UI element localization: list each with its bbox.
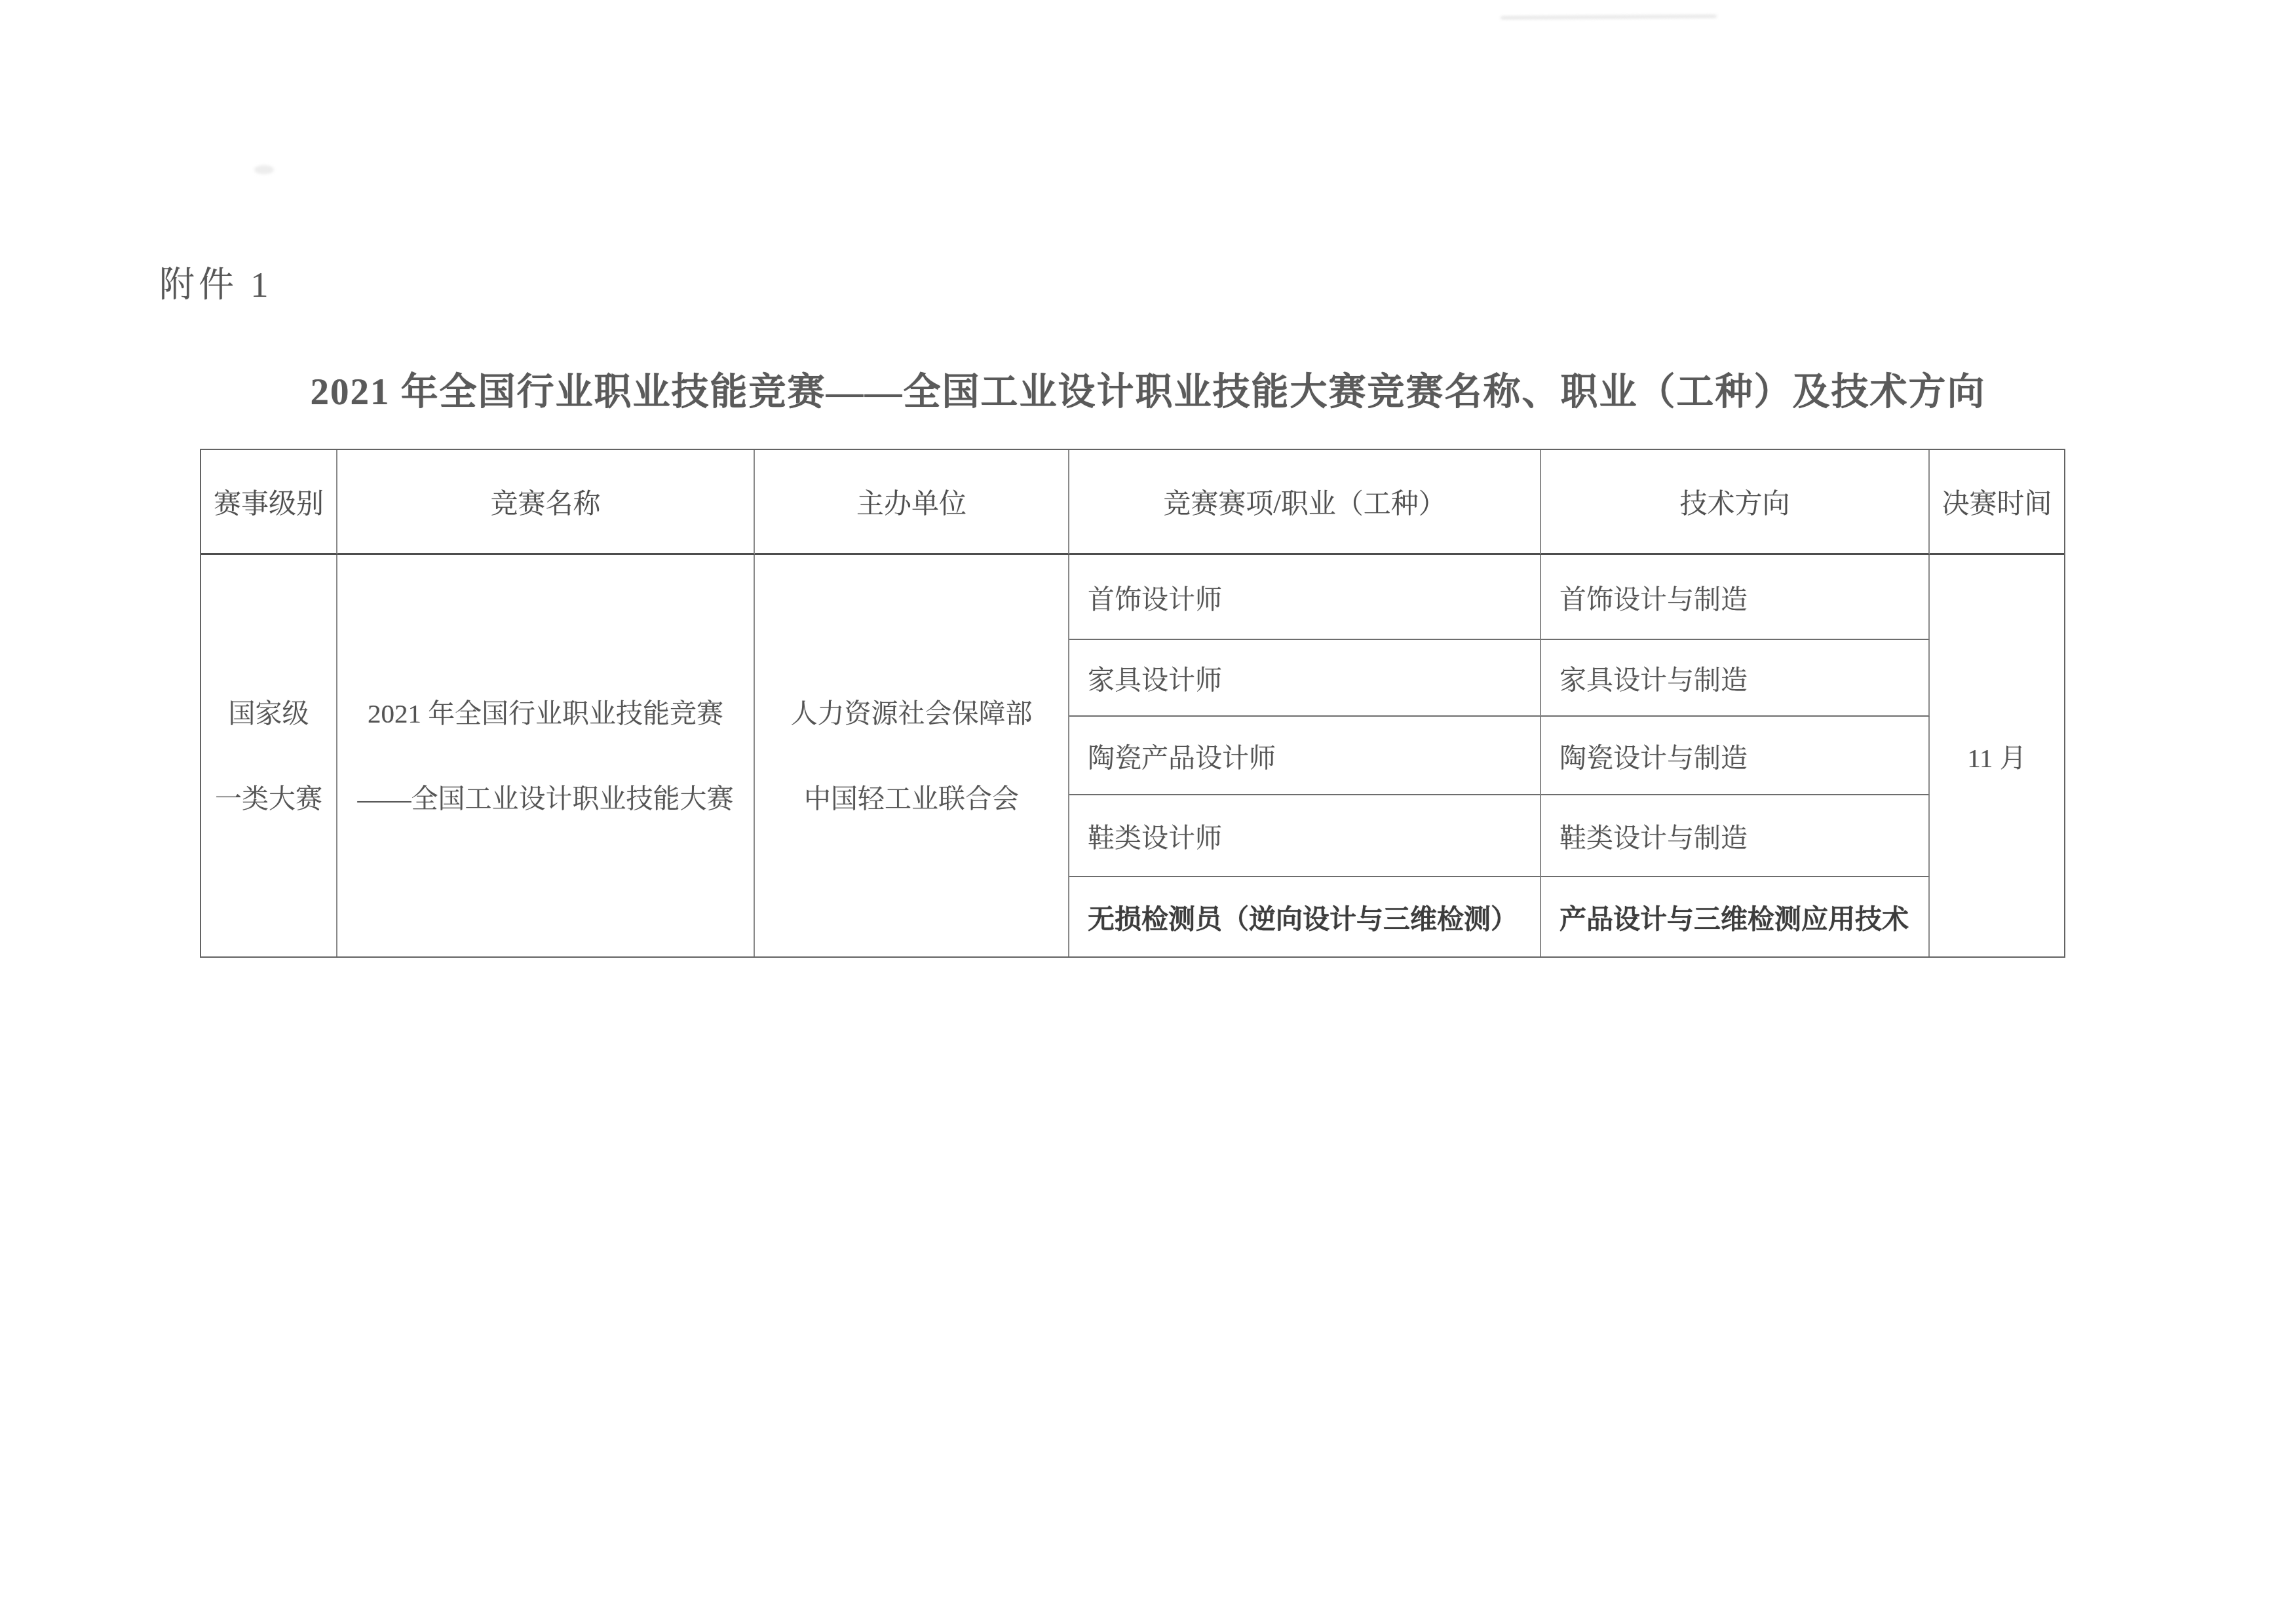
event-cell: 家具设计师 <box>1069 640 1541 717</box>
direction-cell: 陶瓷设计与制造 <box>1541 717 1930 795</box>
event-level-line2: 一类大赛 <box>215 756 322 841</box>
event-cell: 陶瓷产品设计师 <box>1069 717 1541 795</box>
competition-table: 赛事级别 竞赛名称 主办单位 竞赛赛项/职业（工种） 技术方向 决赛时间 国家级… <box>200 449 2065 958</box>
organizer-line2: 中国轻工业联合会 <box>804 756 1019 841</box>
header-final-time: 决赛时间 <box>1930 450 2064 555</box>
event-cell: 鞋类设计师 <box>1069 795 1541 877</box>
competition-name-line2: ——全国工业设计职业技能大赛 <box>358 756 734 841</box>
cell-organizer: 人力资源社会保障部 中国轻工业联合会 <box>755 555 1069 956</box>
cell-competition-name: 2021 年全国行业职业技能竞赛 ——全国工业设计职业技能大赛 <box>337 555 755 956</box>
document-title: 2021 年全国行业职业技能竞赛——全国工业设计职业技能大赛竞赛名称、职业（工种… <box>0 362 2296 415</box>
scan-artifact <box>254 165 274 174</box>
organizer-line1: 人力资源社会保障部 <box>791 671 1033 756</box>
direction-cell: 家具设计与制造 <box>1541 640 1930 717</box>
event-level-line1: 国家级 <box>229 671 309 756</box>
header-competition-name: 竞赛名称 <box>337 450 755 555</box>
attachment-label: 附件 1 <box>159 257 273 307</box>
header-organizer: 主办单位 <box>755 450 1069 555</box>
cell-final-time: 11 月 <box>1930 555 2064 956</box>
direction-cell: 首饰设计与制造 <box>1541 555 1930 640</box>
competition-name-line1: 2021 年全国行业职业技能竞赛 <box>368 671 723 756</box>
event-cell: 无损检测员（逆向设计与三维检测） <box>1069 877 1541 956</box>
scan-artifact <box>1501 15 1717 19</box>
event-cell: 首饰设计师 <box>1069 555 1541 640</box>
scanned-document-page: 附件 1 2021 年全国行业职业技能竞赛——全国工业设计职业技能大赛竞赛名称、… <box>0 0 2296 1624</box>
direction-cell: 鞋类设计与制造 <box>1541 795 1930 877</box>
direction-cell: 产品设计与三维检测应用技术 <box>1541 877 1930 956</box>
header-event-occupation: 竞赛赛项/职业（工种） <box>1069 450 1541 555</box>
header-event-level: 赛事级别 <box>201 450 337 555</box>
header-technical-direction: 技术方向 <box>1541 450 1930 555</box>
cell-event-level: 国家级 一类大赛 <box>201 555 337 956</box>
